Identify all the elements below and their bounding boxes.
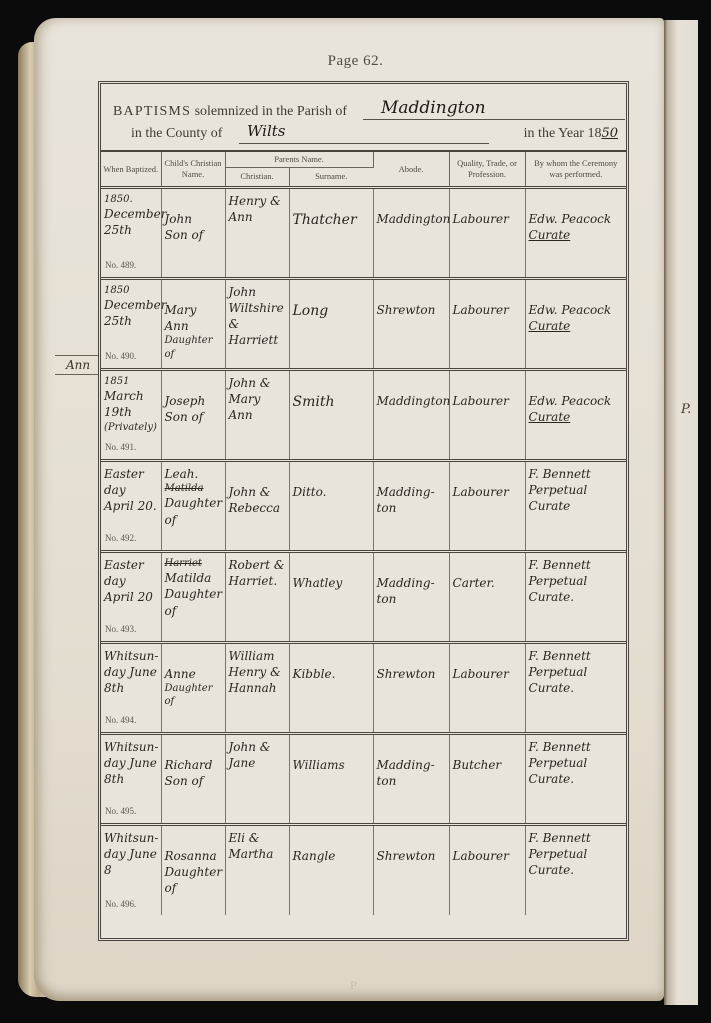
cell-parents-christian: Robert & Harriet. <box>225 551 289 642</box>
cell-child: AnneDaughter of <box>161 642 225 733</box>
entry-number: No. 490. <box>105 350 136 362</box>
cell-when: 1850December 25thNo. 490. <box>101 278 161 369</box>
table-row: Easter day April 20.No. 492. Leah.Matild… <box>101 460 626 551</box>
cell-when: Whitsun-day June 8thNo. 495. <box>101 733 161 824</box>
cell-parents-christian: John & Jane <box>225 733 289 824</box>
table-row: Whitsun-day June 8thNo. 494. AnneDaughte… <box>101 642 626 733</box>
cell-trade: Carter. <box>449 551 525 642</box>
cell-trade: Labourer <box>449 824 525 915</box>
cell-surname: Ditto. <box>289 460 373 551</box>
cell-parents-christian: John & Mary Ann <box>225 369 289 460</box>
cell-minister: Edw. PeacockCurate <box>525 278 626 369</box>
entry-number: No. 496. <box>105 898 136 910</box>
cell-child: HarrietMatildaDaughter of <box>161 551 225 642</box>
table-row: 1850December 25thNo. 490. Mary AnnDaught… <box>101 278 626 369</box>
cell-child: JohnSon of <box>161 187 225 278</box>
cell-minister: Edw. PeacockCurate <box>525 187 626 278</box>
baptisms-label: BAPTISMS <box>113 104 191 119</box>
cell-minister: F. BennettPerpetual Curate. <box>525 642 626 733</box>
cell-trade: Labourer <box>449 460 525 551</box>
cell-surname: Thatcher <box>289 187 373 278</box>
entry-number: No. 489. <box>105 259 136 271</box>
col-parents-christian: Christian. <box>225 167 289 187</box>
cell-surname: Whatley <box>289 551 373 642</box>
next-page-edge <box>664 20 698 1005</box>
parish-field: Maddington <box>363 98 625 120</box>
footer-signature-mark: P <box>350 978 357 993</box>
cell-abode: Maddington <box>373 369 449 460</box>
cell-abode: Shrewton <box>373 824 449 915</box>
col-child-name: Child's Christian Name. <box>161 152 225 187</box>
cell-abode: Shrewton <box>373 642 449 733</box>
entry-number: No. 492. <box>105 532 136 544</box>
county-label: in the County of <box>131 126 222 141</box>
next-page-mark: P. <box>681 402 691 417</box>
cell-parents-christian: Henry & Ann <box>225 187 289 278</box>
cell-parents-christian: William Henry & Hannah <box>225 642 289 733</box>
cell-surname: Long <box>289 278 373 369</box>
year-label: in the Year 18 <box>524 126 602 141</box>
cell-abode: Madding-ton <box>373 551 449 642</box>
entry-number: No. 493. <box>105 623 136 635</box>
cell-child: Leah.MatildaDaughter of <box>161 460 225 551</box>
cell-child: Mary AnnDaughter of <box>161 278 225 369</box>
cell-when: Whitsun-day June 8thNo. 494. <box>101 642 161 733</box>
col-parents-name: Parents Name. <box>225 152 373 167</box>
entry-number: No. 494. <box>105 714 136 726</box>
cell-child: RosannaDaughter of <box>161 824 225 915</box>
solemnized-text: solemnized in the Parish of <box>195 104 347 119</box>
margin-note: Ann <box>55 355 101 375</box>
cell-minister: F. BennettPerpetual Curate. <box>525 733 626 824</box>
cell-when: 1850.December 25thNo. 489. <box>101 187 161 278</box>
col-by-whom: By whom the Ceremony was performed. <box>525 152 626 187</box>
cell-when: Whitsun-day June 8No. 496. <box>101 824 161 915</box>
cell-parents-christian: John & Rebecca <box>225 460 289 551</box>
entry-number: No. 491. <box>105 441 136 453</box>
cell-surname: Williams <box>289 733 373 824</box>
col-trade: Quality, Trade, or Profession. <box>449 152 525 187</box>
cell-minister: F. BennettPerpetual Curate. <box>525 551 626 642</box>
col-abode: Abode. <box>373 152 449 187</box>
cell-trade: Butcher <box>449 733 525 824</box>
cell-when: Easter day April 20.No. 492. <box>101 460 161 551</box>
page-title: Page 62. <box>0 53 711 70</box>
cell-surname: Smith <box>289 369 373 460</box>
register-heading: BAPTISMS solemnized in the Parish of Mad… <box>101 84 626 152</box>
cell-trade: Labourer <box>449 187 525 278</box>
cell-abode: Madding-ton <box>373 733 449 824</box>
year-field: 50 <box>601 126 618 141</box>
entry-number: No. 495. <box>105 805 136 817</box>
cell-child: RichardSon of <box>161 733 225 824</box>
baptism-register: BAPTISMS solemnized in the Parish of Mad… <box>98 81 629 941</box>
table-row: Whitsun-day June 8thNo. 495. RichardSon … <box>101 733 626 824</box>
cell-trade: Labourer <box>449 369 525 460</box>
cell-when: 1851March 19th(Privately)No. 491. <box>101 369 161 460</box>
cell-child: JosephSon of <box>161 369 225 460</box>
cell-surname: Kibble. <box>289 642 373 733</box>
cell-abode: Madding-ton <box>373 460 449 551</box>
table-row: 1850.December 25thNo. 489. JohnSon of He… <box>101 187 626 278</box>
cell-minister: F. BennettPerpetual Curate <box>525 460 626 551</box>
col-when-baptized: When Baptized. <box>101 152 161 187</box>
register-table: When Baptized. Child's Christian Name. P… <box>101 152 626 915</box>
cell-abode: Maddington <box>373 187 449 278</box>
cell-minister: F. BennettPerpetual Curate. <box>525 824 626 915</box>
cell-trade: Labourer <box>449 278 525 369</box>
table-row: 1851March 19th(Privately)No. 491. Joseph… <box>101 369 626 460</box>
cell-abode: Shrewton <box>373 278 449 369</box>
county-field: Wilts <box>239 122 489 144</box>
cell-when: Easter day April 20No. 493. <box>101 551 161 642</box>
cell-parents-christian: Eli & Martha <box>225 824 289 915</box>
col-parents-surname: Surname. <box>289 167 373 187</box>
table-row: Whitsun-day June 8No. 496. RosannaDaught… <box>101 824 626 915</box>
cell-minister: Edw. PeacockCurate <box>525 369 626 460</box>
table-row: Easter day April 20No. 493. HarrietMatil… <box>101 551 626 642</box>
cell-trade: Labourer <box>449 642 525 733</box>
cell-surname: Rangle <box>289 824 373 915</box>
cell-parents-christian: John Wiltshire & Harriett <box>225 278 289 369</box>
